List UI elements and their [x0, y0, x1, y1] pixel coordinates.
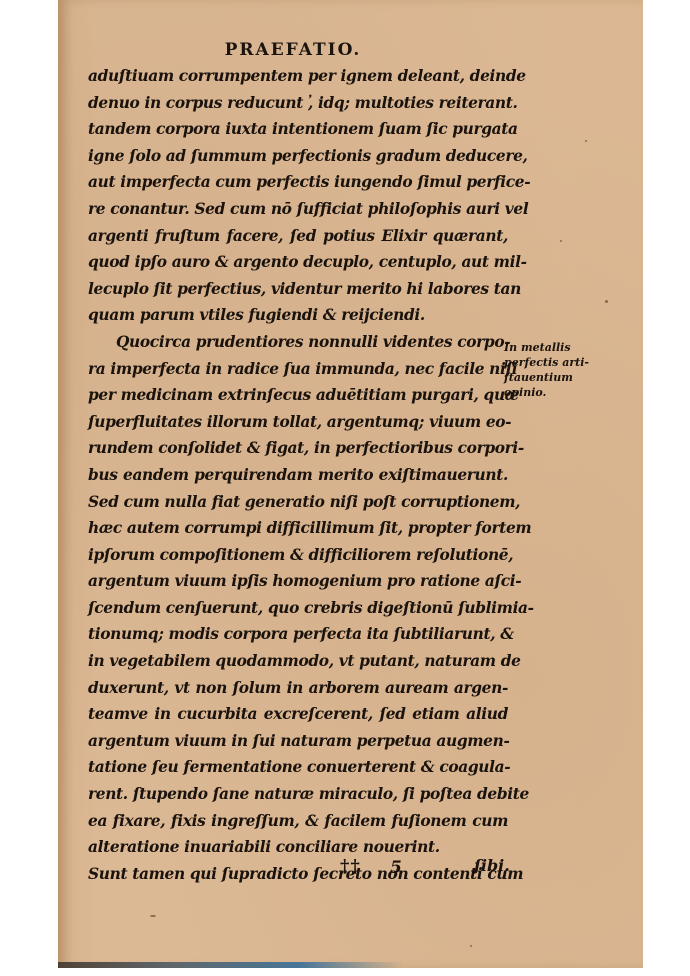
text-line: quod ipſo auro & argento decuplo, centup…: [88, 249, 508, 276]
paper-speck: [560, 240, 562, 242]
text-line-paragraph-start: Quocirca prudentiores nonnulli videntes …: [88, 329, 508, 356]
marginal-note-line: ſtauentium: [504, 370, 604, 385]
text-line: teamve in cucurbita excreſcerent, ſed et…: [88, 701, 508, 728]
page-edge-shadow: [58, 962, 403, 968]
marginal-note: In metallis perfectis arti- ſtauentium o…: [504, 340, 604, 400]
text-line: aduſtiuam corrumpentem per ignem deleant…: [88, 63, 508, 90]
body-text: aduſtiuam corrumpentem per ignem deleant…: [88, 63, 508, 887]
paper-speck: [470, 945, 472, 947]
text-line: argentum viuum in ſui naturam perpetua a…: [88, 728, 508, 755]
running-head: PRAEFATIO.: [58, 40, 528, 60]
text-line: aut imperfecta cum perfectis iungendo ſi…: [88, 169, 508, 196]
text-line: argenti fruſtum facere, ſed potius Elixi…: [88, 223, 508, 250]
text-line: hæc autem corrumpi difficillimum ſit, pr…: [88, 515, 508, 542]
text-line: in vegetabilem quodammodo, vt putant, na…: [88, 648, 508, 675]
marginal-note-line: opinio.: [504, 385, 604, 400]
text-line: quam parum vtiles fugiendi & reijciendi.: [88, 302, 508, 329]
text-line: ea fixare, fixis ingreſſum, & facilem fu…: [88, 808, 508, 835]
text-line: Sed cum nulla fiat generatio niſi poſt c…: [88, 489, 508, 516]
text-line: duxerunt, vt non ſolum in arborem auream…: [88, 675, 508, 702]
paper-speck: [150, 915, 156, 917]
marginal-note-line: perfectis arti-: [504, 355, 604, 370]
text-line: lecuplo ſit perfectius, videntur merito …: [88, 276, 508, 303]
text-line: alteratione inuariabili conciliare nouer…: [88, 834, 508, 861]
text-line: per medicinam extrinſecus aduētitiam pur…: [88, 382, 508, 409]
text-line: tatione ſeu fermentatione conuerterent &…: [88, 754, 508, 781]
text-line: ra imperfecta in radice ſua immunda, nec…: [88, 356, 508, 383]
text-line: Sunt tamen qui ſupradicto ſecreto non co…: [88, 861, 508, 888]
text-line: ſuperfluitates illorum tollat, argentumq…: [88, 409, 508, 436]
text-line: argentum viuum ipſis homogenium pro rati…: [88, 568, 508, 595]
text-line: rent. ſtupendo ſane naturæ miraculo, ſi …: [88, 781, 508, 808]
paper-speck: [605, 300, 608, 303]
text-line: tionumq; modis corpora perfecta ita ſubt…: [88, 621, 508, 648]
text-line: bus eandem perquirendam merito exiſtimau…: [88, 462, 508, 489]
text-line: re conantur. Sed cum nō ſufficiat philoſ…: [88, 196, 508, 223]
paper-speck: [585, 140, 587, 142]
text-line: ſcendum cenſuerunt, quo crebris digeſtio…: [88, 595, 508, 622]
catchword: ſibi.: [474, 856, 510, 875]
text-line: tandem corpora iuxta intentionem ſuam ſi…: [88, 116, 508, 143]
signature-number: 5: [390, 858, 402, 878]
text-line: rundem conſolidet & figat, in perfectior…: [88, 435, 508, 462]
text-line: igne ſolo ad ſummum perfectionis gradum …: [88, 143, 508, 170]
signature-mark: ††: [340, 856, 361, 877]
text-line: denuo in corpus reducunt ,̓ idq; multoti…: [88, 90, 508, 117]
text-line: ipſorum compoſitionem & difficiliorem re…: [88, 542, 508, 569]
marginal-note-line: In metallis: [504, 340, 604, 355]
